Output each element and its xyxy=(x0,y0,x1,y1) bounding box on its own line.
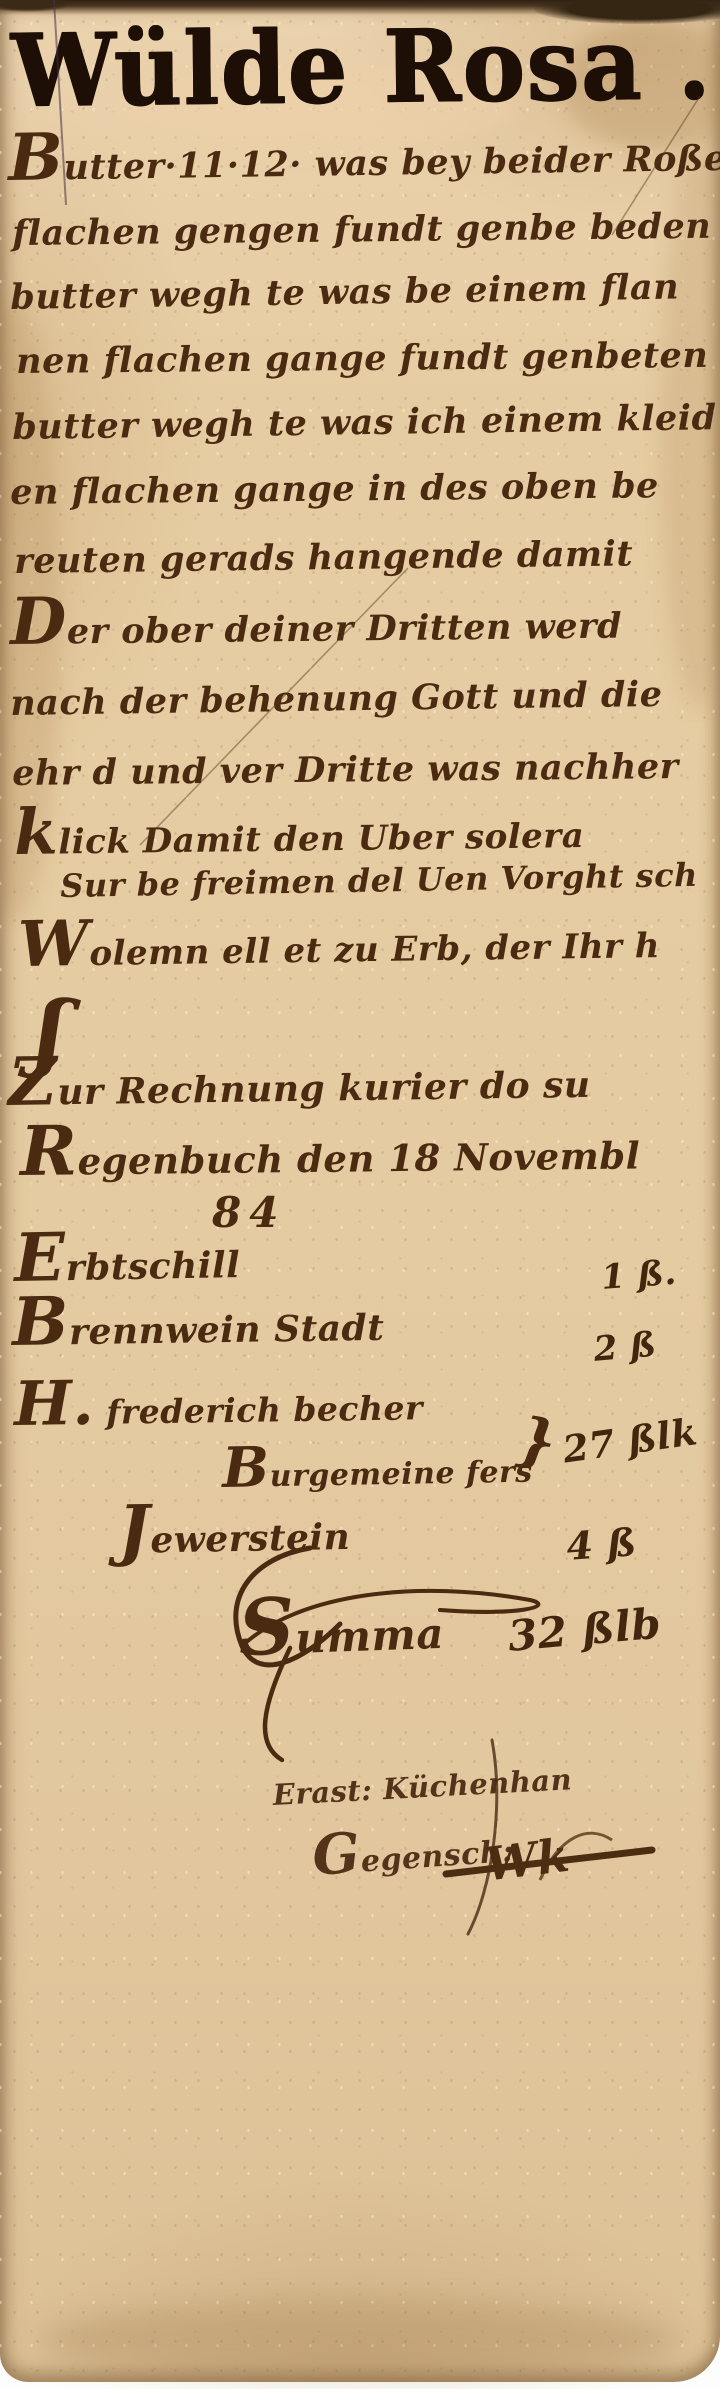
page-title: Wülde Rosa . xyxy=(10,4,712,128)
handwriting-line: flachen gengen fundt genbe beden xyxy=(12,206,711,254)
sum-label: Summa xyxy=(238,1609,445,1665)
handwriting-line: nen flachen gange fundt genbeten xyxy=(16,335,708,382)
account-row-value: 1 ß. xyxy=(600,1253,678,1298)
handwriting-line: ehr d und ver Dritte was nachher xyxy=(12,746,679,794)
account-row-label: Jewerstein xyxy=(118,1516,351,1562)
account-row-label: Brennwein Stadt xyxy=(12,1307,385,1354)
note-number: 84 xyxy=(212,1188,286,1237)
handwriting-line: en flachen gange in des oben be xyxy=(10,465,659,513)
account-row-label: H. frederich becher xyxy=(14,1388,423,1433)
note-line: Regenbuch den 18 Novembl xyxy=(20,1134,640,1184)
handwriting-line: klick Damit den Uber solera xyxy=(14,816,584,863)
handwriting-line: reuten gerads hangende damit xyxy=(14,533,633,582)
note-line: Zur Rechnung kurier do su xyxy=(8,1064,591,1114)
account-row-value: 2 ß xyxy=(592,1325,658,1370)
manuscript-scan: Wülde Rosa . Butter·11·12· was bey beide… xyxy=(0,0,720,2389)
handwriting-line: Der ober deiner Dritten werd xyxy=(10,606,622,653)
account-row-value: 4 ß xyxy=(565,1519,638,1569)
account-row-label: Burgemeine fers xyxy=(222,1455,533,1495)
signature-paraph: Wk xyxy=(482,1828,572,1892)
